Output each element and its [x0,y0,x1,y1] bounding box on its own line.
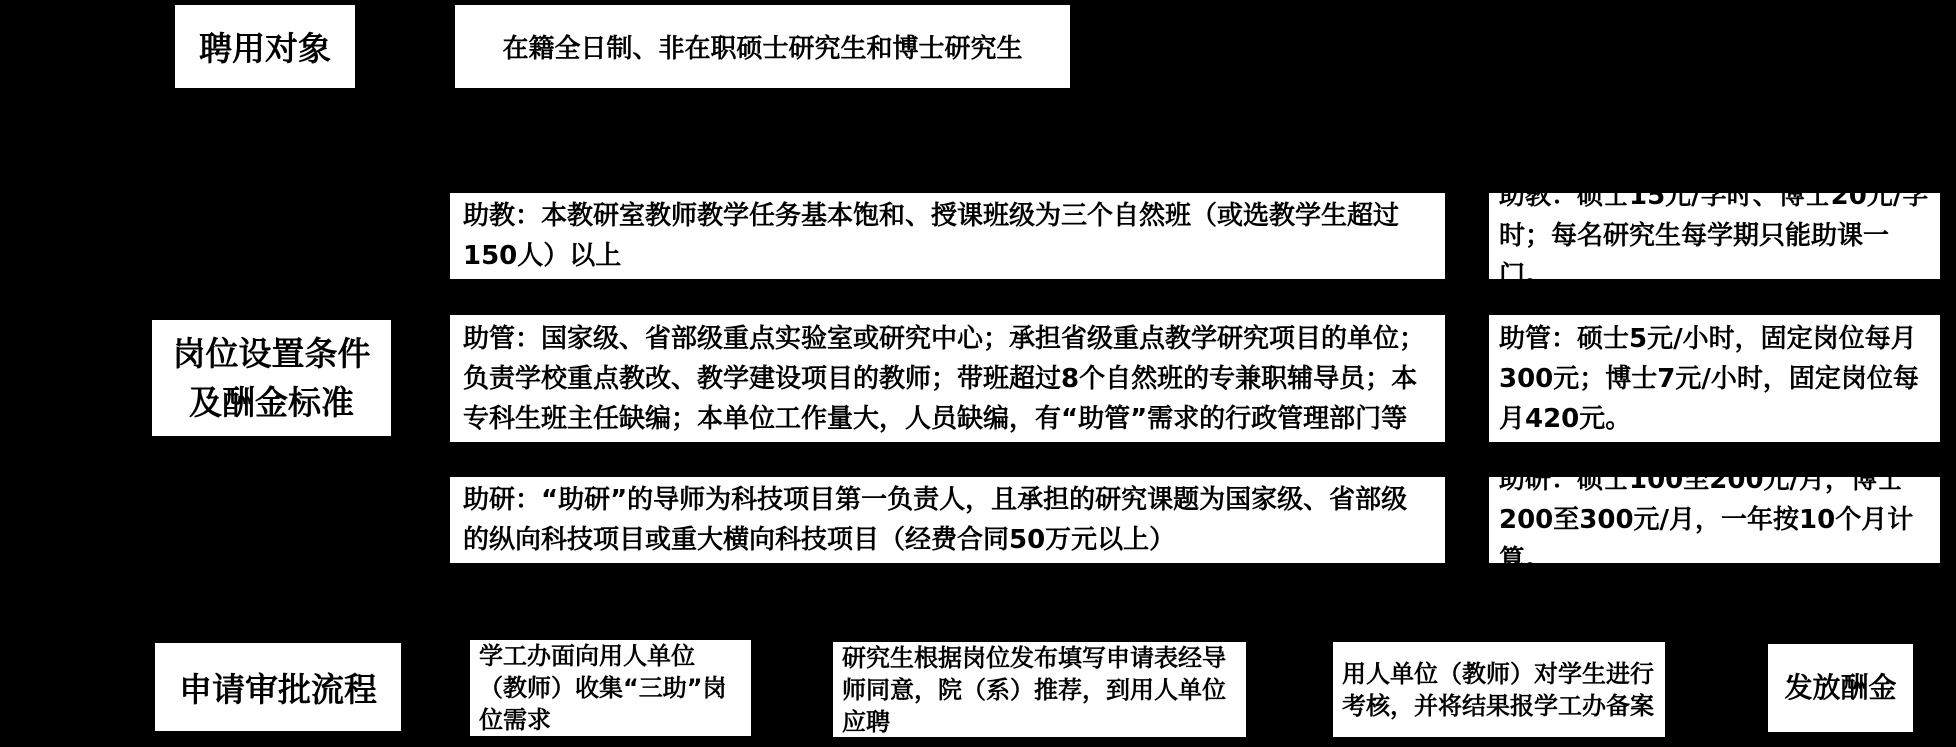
process-label: 申请审批流程 [179,664,377,711]
pay-text-research-assistant: 助研：硕士100至200元/月，博士200至300元/月，一年按10个月计算。 [1499,477,1930,563]
position-conditions-label-line1: 岗位设置条件 [173,329,371,378]
position-conditions-label-line2: 及酬金标准 [189,378,354,427]
process-step-box-assessment-report: 用人单位（教师）对学生进行考核，并将结果报学工办备案 [1333,642,1665,737]
condition-text-admin-assistant: 助管：国家级、省部级重点实验室或研究中心；承担省级重点教学研究项目的单位；负责学… [463,319,1432,439]
hiring-target-label-box: 聘用对象 [175,5,355,88]
condition-box-teaching-assistant: 助教：本教研室教师教学任务基本饱和、授课班级为三个自然班（或选教学生超过150人… [450,193,1445,279]
condition-text-teaching-assistant: 助教：本教研室教师教学任务基本饱和、授课班级为三个自然班（或选教学生超过150人… [463,196,1432,276]
process-step-box-pay-remuneration: 发放酬金 [1768,644,1913,732]
condition-box-research-assistant: 助研：“助研”的导师为科技项目第一负责人，且承担的研究课题为国家级、省部级的纵向… [450,477,1445,563]
process-step-text-3: 用人单位（教师）对学生进行考核，并将结果报学工办备案 [1342,658,1656,722]
hiring-target-label: 聘用对象 [199,23,331,70]
three-assistant-diagram: 聘用对象 在籍全日制、非在职硕士研究生和博士研究生 岗位设置条件 及酬金标准 助… [0,0,1956,747]
process-step-text-4: 发放酬金 [1784,672,1896,704]
process-step-box-student-apply: 研究生根据岗位发布填写申请表经导师同意，院（系）推荐，到用人单位应聘 [833,642,1246,737]
process-step-box-collect-demands: 学工办面向用人单位（教师）收集“三助”岗位需求 [470,640,751,736]
position-conditions-label-box: 岗位设置条件 及酬金标准 [152,320,391,436]
process-step-text-2: 研究生根据岗位发布填写申请表经导师同意，院（系）推荐，到用人单位应聘 [842,642,1237,737]
pay-box-admin-assistant: 助管：硕士5元/小时，固定岗位每月300元；博士7元/小时，固定岗位每月420元… [1489,315,1940,442]
process-label-box: 申请审批流程 [155,643,401,731]
pay-text-admin-assistant: 助管：硕士5元/小时，固定岗位每月300元；博士7元/小时，固定岗位每月420元… [1499,319,1930,439]
hiring-target-value: 在籍全日制、非在职硕士研究生和博士研究生 [502,28,1022,65]
pay-box-teaching-assistant: 助教：硕士15元/学时、博士20元/学时；每名研究生每学期只能助课一门。 [1489,193,1940,279]
pay-box-research-assistant: 助研：硕士100至200元/月，博士200至300元/月，一年按10个月计算。 [1489,477,1940,563]
pay-text-teaching-assistant: 助教：硕士15元/学时、博士20元/学时；每名研究生每学期只能助课一门。 [1499,193,1930,279]
process-step-text-1: 学工办面向用人单位（教师）收集“三助”岗位需求 [479,640,742,736]
condition-box-admin-assistant: 助管：国家级、省部级重点实验室或研究中心；承担省级重点教学研究项目的单位；负责学… [450,315,1445,442]
hiring-target-value-box: 在籍全日制、非在职硕士研究生和博士研究生 [455,5,1070,88]
condition-text-research-assistant: 助研：“助研”的导师为科技项目第一负责人，且承担的研究课题为国家级、省部级的纵向… [463,480,1432,560]
